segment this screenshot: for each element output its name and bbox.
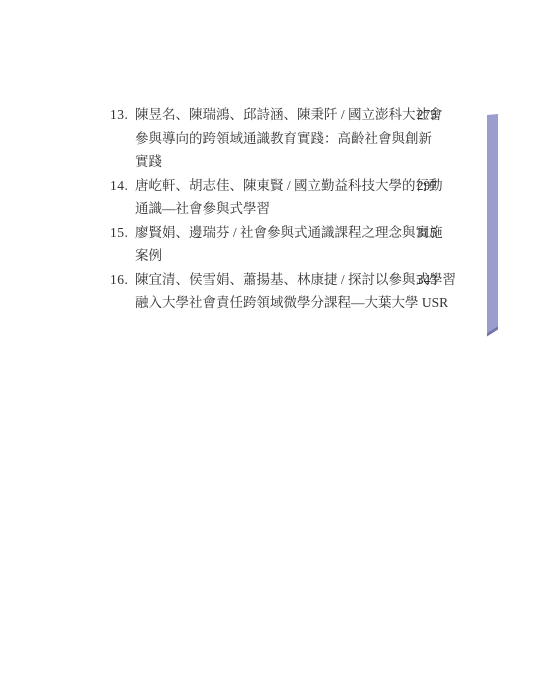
toc-entry-continuation-row: 案例 [110, 244, 450, 268]
entry-number: 16. [110, 268, 135, 292]
toc-entry-continuation-row: 參與導向的跨領域通識教育實踐：高齡社會與創新 [110, 127, 450, 151]
toc-entry-row[interactable]: 16. 陳宜清、侯雪娟、蕭揚基、林康捷 / 探討以參與式學習 343 [110, 268, 450, 292]
toc-entry-row[interactable]: 15. 廖賢娟、邊瑞芬 / 社會參與式通識課程之理念與實施 315 [110, 221, 450, 245]
toc-entry-row[interactable]: 13. 陳昱名、陳瑞鴻、邱詩涵、陳秉阡 / 國立澎科大社會 273 [110, 103, 450, 127]
entry-number-gap [110, 127, 135, 151]
toc-entry-continuation-row: 實踐 [110, 150, 450, 174]
toc-entry: 14. 唐屹軒、胡志佳、陳東賢 / 國立勤益科技大學的行動 297 通識—社會參… [110, 174, 450, 221]
entry-number-gap [110, 150, 135, 174]
toc-entry-continuation-row: 通識—社會參與式學習 [110, 197, 450, 221]
entry-page-number: 315 [413, 221, 437, 245]
entry-title-line: 融入大學社會責任跨領域微學分課程—大葉大學 USR [135, 291, 450, 315]
entry-title-line: 通識—社會參與式學習 [135, 197, 450, 221]
toc-entry-row[interactable]: 14. 唐屹軒、胡志佳、陳東賢 / 國立勤益科技大學的行動 297 [110, 174, 450, 198]
entry-title-line: 陳昱名、陳瑞鴻、邱詩涵、陳秉阡 / 國立澎科大社會 [135, 103, 413, 127]
entry-title-line: 陳宜清、侯雪娟、蕭揚基、林康捷 / 探討以參與式學習 [135, 268, 413, 292]
entry-page-number: 343 [413, 268, 437, 292]
entry-title-line: 唐屹軒、胡志佳、陳東賢 / 國立勤益科技大學的行動 [135, 174, 413, 198]
toc-list: 13. 陳昱名、陳瑞鴻、邱詩涵、陳秉阡 / 國立澎科大社會 273 參與導向的跨… [110, 103, 450, 315]
entry-page-number: 297 [413, 174, 437, 198]
toc-entry: 13. 陳昱名、陳瑞鴻、邱詩涵、陳秉阡 / 國立澎科大社會 273 參與導向的跨… [110, 103, 450, 174]
toc-entry: 15. 廖賢娟、邊瑞芬 / 社會參與式通識課程之理念與實施 315 案例 [110, 221, 450, 268]
toc-page: 13. 陳昱名、陳瑞鴻、邱詩涵、陳秉阡 / 國立澎科大社會 273 參與導向的跨… [0, 0, 536, 700]
entry-number-gap [110, 244, 135, 268]
entry-number: 13. [110, 103, 135, 127]
entry-title-line: 實踐 [135, 150, 450, 174]
bookmark-ribbon-icon [487, 114, 499, 338]
toc-entry-continuation-row: 融入大學社會責任跨領域微學分課程—大葉大學 USR [110, 291, 450, 315]
toc-entry: 16. 陳宜清、侯雪娟、蕭揚基、林康捷 / 探討以參與式學習 343 融入大學社… [110, 268, 450, 315]
entry-number: 14. [110, 174, 135, 198]
entry-number-gap [110, 197, 135, 221]
entry-title-line: 案例 [135, 244, 450, 268]
entry-page-number: 273 [413, 103, 437, 127]
ribbon-body [487, 114, 498, 333]
entry-title-line: 廖賢娟、邊瑞芬 / 社會參與式通識課程之理念與實施 [135, 221, 413, 245]
entry-title-line: 參與導向的跨領域通識教育實踐：高齡社會與創新 [135, 127, 450, 151]
entry-number: 15. [110, 221, 135, 245]
entry-number-gap [110, 291, 135, 315]
